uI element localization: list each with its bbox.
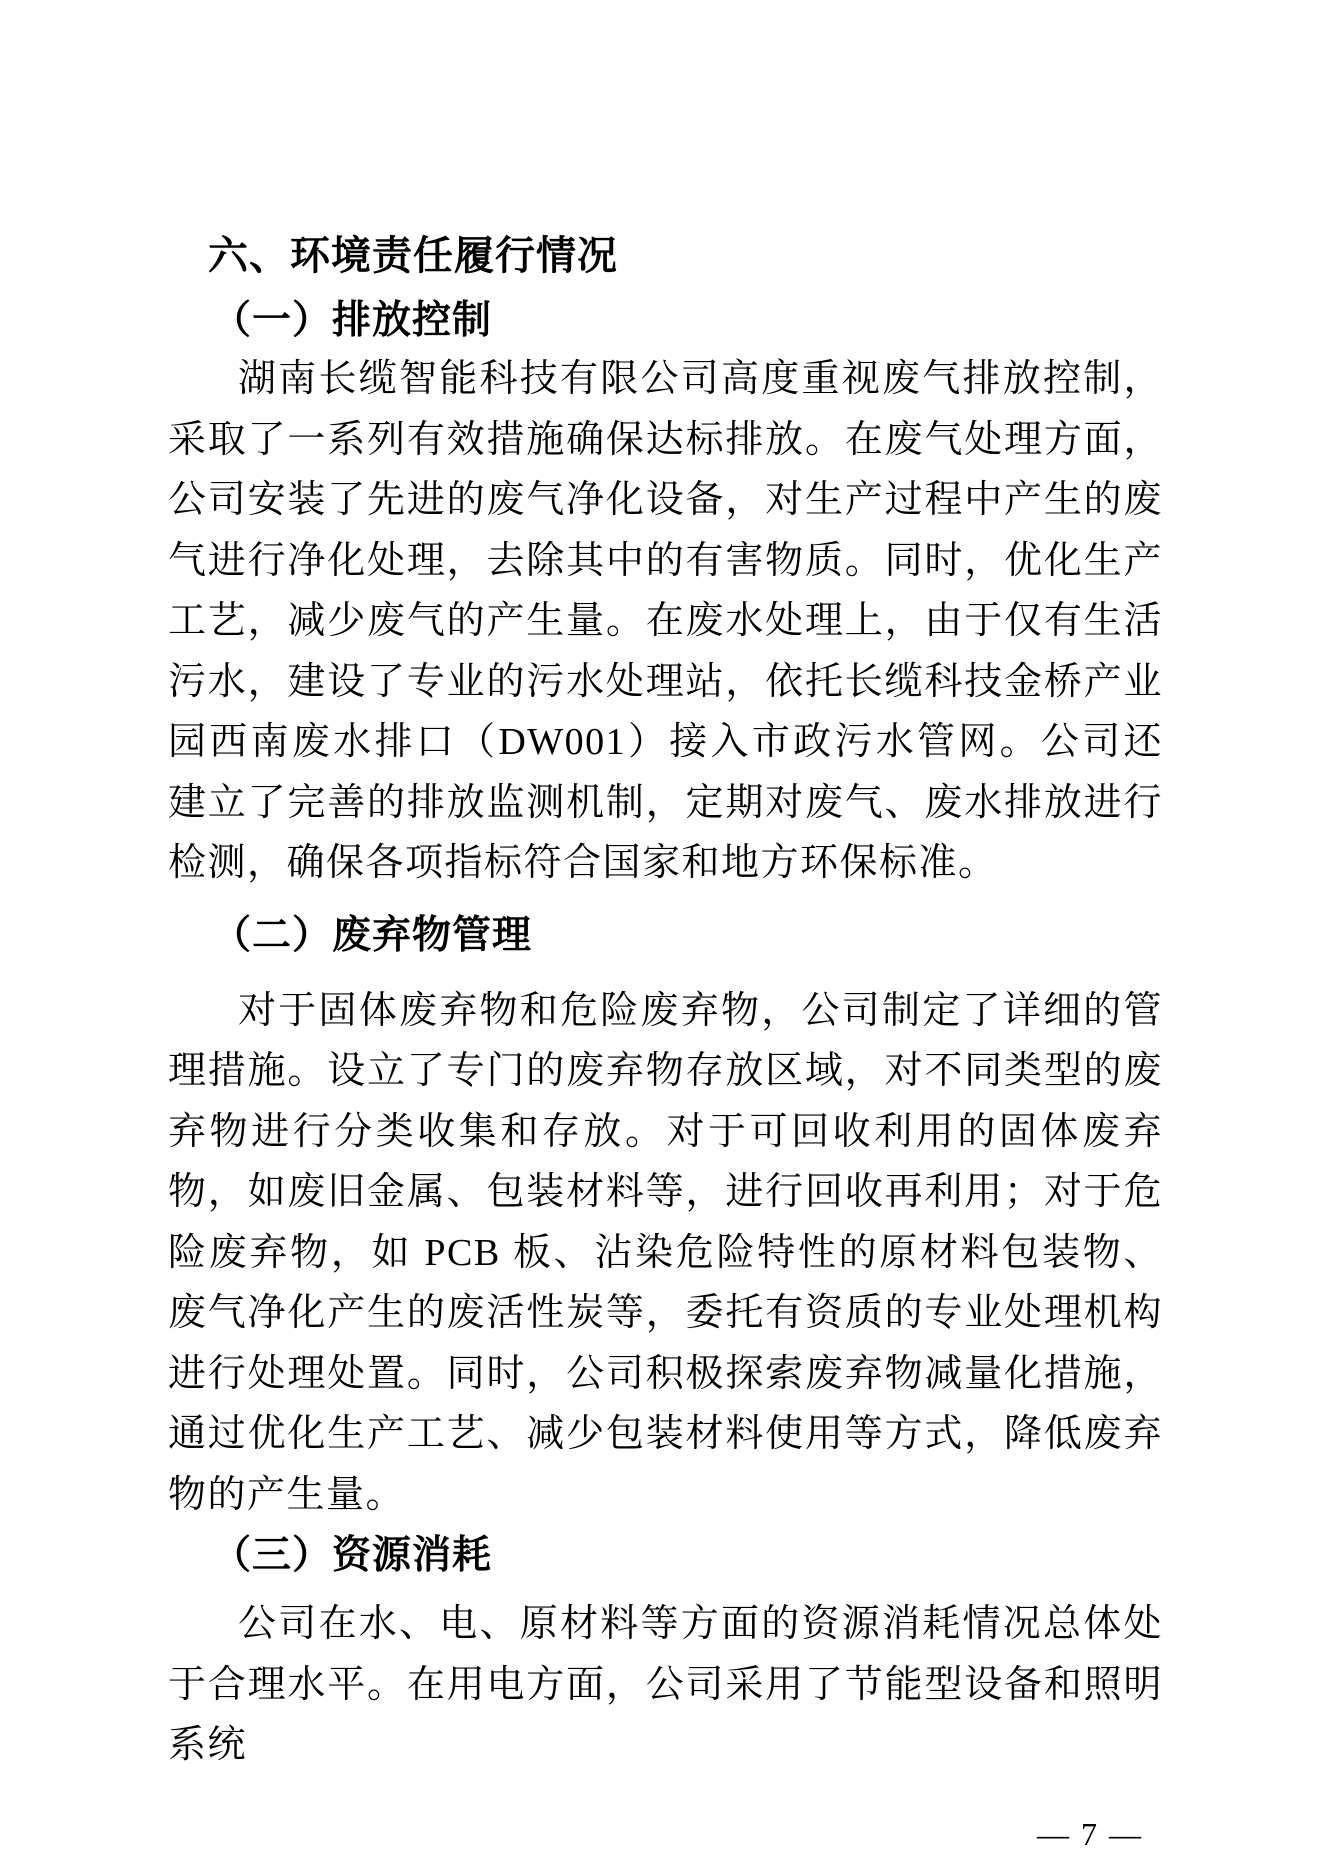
body-paragraph-3: 公司在水、电、原材料等方面的资源消耗情况总体处于合理水平。在用电方面，公司采用了… [168, 1594, 1163, 1776]
body-paragraph-2: 对于固体废弃物和危险废弃物，公司制定了详细的管理措施。设立了专门的废弃物存放区域… [168, 981, 1163, 1526]
section-resource-consumption: （三）资源消耗 公司在水、电、原材料等方面的资源消耗情况总体处于合理水平。在用电… [168, 1528, 1163, 1776]
subsection-title-3: （三）资源消耗 [212, 1528, 1163, 1584]
page-number: — 7 — [168, 1814, 1163, 1854]
body-paragraph-1: 湖南长缆智能科技有限公司高度重视废气排放控制，采取了一系列有效措施确保达标排放。… [168, 349, 1163, 894]
subsection-title-1: （一）排放控制 [212, 293, 1163, 349]
document-page: 六、环境责任履行情况 （一）排放控制 湖南长缆智能科技有限公司高度重视废气排放控… [0, 0, 1323, 1871]
main-heading: 六、环境责任履行情况 [208, 225, 1163, 287]
section-emission-control: （一）排放控制 湖南长缆智能科技有限公司高度重视废气排放控制，采取了一系列有效措… [168, 293, 1163, 894]
section-waste-management: （二）废弃物管理 对于固体废弃物和危险废弃物，公司制定了详细的管理措施。设立了专… [168, 908, 1163, 1526]
subsection-title-2: （二）废弃物管理 [212, 908, 1163, 964]
